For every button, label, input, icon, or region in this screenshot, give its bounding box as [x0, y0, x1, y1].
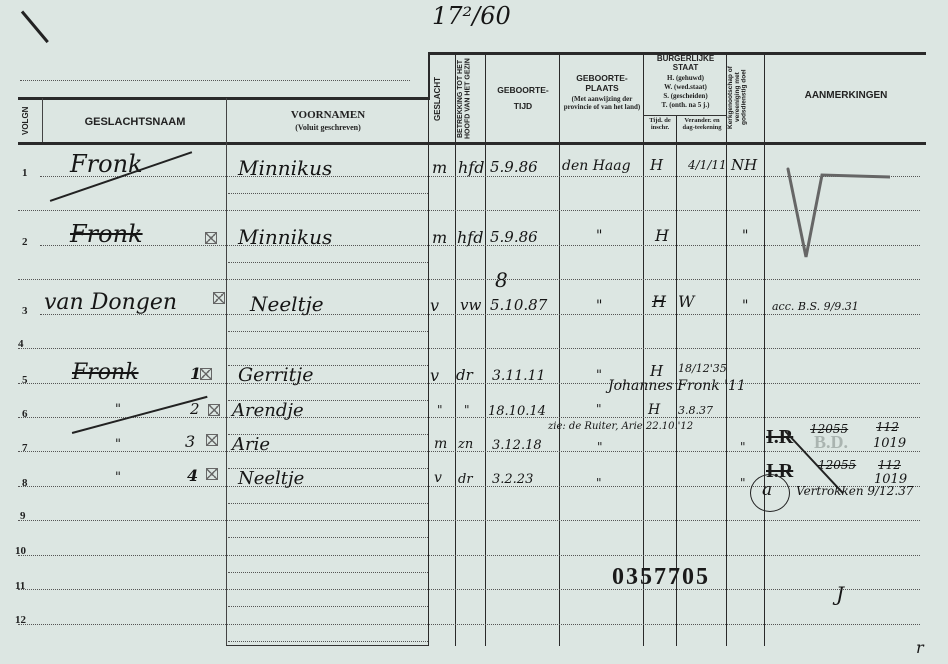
- row5-staat-verander: 18/12'35: [678, 362, 727, 375]
- row-line-8b: [228, 503, 428, 504]
- row1-voornamen: Minnikus: [238, 156, 332, 180]
- row2-staat-tijd: H: [655, 226, 669, 245]
- row5-geslacht: v: [430, 366, 439, 385]
- row1-staat-tijd: H: [650, 156, 663, 174]
- row3-geboortetijd: 5.10.87: [490, 296, 547, 314]
- header-geboortetijd-2: TIJD: [487, 102, 559, 111]
- header-geboortetijd-1: GEBOORTE-: [487, 86, 559, 95]
- row-number-8: 8: [22, 477, 28, 489]
- row3-betrekking: vw: [460, 296, 481, 314]
- header-step-line: [428, 52, 430, 98]
- row5-geboorteplaats: ": [596, 368, 602, 383]
- header-bs-t: T. (onth. na 5 j.): [645, 102, 726, 110]
- row5-voornamen: Gerritje: [238, 364, 313, 386]
- header-geboorteplaats-sub: (Met aanwijzing der provincie of van het…: [563, 96, 641, 111]
- row2-geslachtsnaam: Fronk: [70, 220, 143, 248]
- row8-geboorteplaats: ": [596, 476, 602, 490]
- row6-strike-stroke: [72, 396, 208, 434]
- row-line-12: [18, 624, 920, 625]
- row3-geslachtsnaam: van Dongen: [44, 290, 177, 315]
- col-divider-kerk: [764, 52, 765, 646]
- row7-geslacht: m: [434, 436, 447, 452]
- row8-betrekking: dr: [458, 472, 473, 487]
- ir-number-2: 112: [876, 420, 899, 434]
- row2-voornamen: Minnikus: [238, 225, 332, 249]
- header-bs-w: W. (wed.staat): [645, 84, 726, 92]
- header-tijd-inschr: Tijd. de inschr.: [644, 117, 676, 131]
- row1-geboortetijd: 5.9.86: [490, 158, 538, 176]
- row2-checkbox-icon: [205, 232, 217, 244]
- row7-checkbox-icon: [206, 434, 218, 446]
- bottom-corner-mark: r: [916, 638, 924, 657]
- row-number-4: 4: [18, 338, 24, 350]
- row-line-10: [18, 555, 920, 556]
- row7-child-number: 3: [185, 432, 195, 451]
- header-betrekking: BETREKKING TOT HET HOOFD VAN HET GEZIN: [457, 58, 483, 140]
- header-volgn: VOLGN: [22, 103, 30, 139]
- row7-geslachtsnaam: ": [115, 437, 121, 452]
- row-number-9: 9: [20, 510, 26, 522]
- row-number-5: 5: [22, 374, 28, 386]
- row3-geslacht: v: [430, 296, 439, 315]
- row-number-12: 12: [15, 614, 26, 626]
- header-aanmerkingen: AANMERKINGEN: [766, 90, 926, 101]
- col-divider-geslachtsnaam: [226, 98, 227, 646]
- row8-kerk: ": [740, 476, 746, 490]
- row3-checkbox-icon: [213, 292, 225, 304]
- row2-geslacht: m: [432, 228, 447, 247]
- row-line-12b: [228, 641, 428, 642]
- row8-checkbox-icon: [206, 468, 218, 480]
- row6-checkbox-icon: [208, 404, 220, 416]
- row-number-11: 11: [15, 580, 25, 592]
- row5-checkbox-icon: [200, 368, 212, 380]
- row-number-3: 3: [22, 305, 28, 317]
- row6-staat-tijd: H: [648, 402, 660, 418]
- row6-staat-verander: 3.8.37: [678, 404, 713, 417]
- row2-geboortetijd: 5.9.86: [490, 228, 538, 246]
- hook-mark: J: [836, 582, 844, 606]
- row-line-3b: [228, 331, 428, 332]
- row3-kerk: ": [742, 298, 748, 314]
- ir-number-4: 12055: [818, 458, 856, 472]
- row8-child-number: 4: [187, 466, 198, 485]
- row6-betrekking: ": [464, 403, 470, 417]
- header-voornamen: VOORNAMEN: [228, 109, 428, 121]
- row1-geboorteplaats: den Haag: [562, 158, 631, 174]
- col-divider-geslacht: [455, 52, 456, 646]
- ir-number-3: 1019: [873, 436, 906, 451]
- header-voornamen-sub: (Voluit geschreven): [228, 124, 428, 133]
- row8-geslachtsnaam: ": [115, 470, 121, 485]
- row-line-1b: [228, 193, 428, 194]
- row2-kerk: ": [742, 228, 748, 244]
- row1-staat-verander: 4/1/11: [688, 158, 727, 172]
- row-line-9b: [228, 537, 428, 538]
- header-geboorteplaats-2: PLAATS: [561, 84, 643, 93]
- header-bs-h: H. (gehuwd): [645, 75, 726, 83]
- col-divider-geboorteplaats: [643, 52, 644, 646]
- card-reference: 17²/60: [432, 2, 511, 30]
- row3-staat-verander: W: [678, 292, 694, 311]
- row5-geslachtsnaam: Fronk: [72, 360, 139, 385]
- row-line-10b: [228, 572, 428, 573]
- aanmerkingen-checkmark: [780, 165, 890, 275]
- header-bottom-line: [18, 142, 926, 145]
- row5-geboortetijd: 3.11.11: [492, 368, 545, 384]
- bs-subheader-line: [643, 115, 726, 116]
- row2-betrekking: hfd: [457, 228, 483, 247]
- row-line-6: [18, 417, 920, 418]
- row3-aanmerkingen: acc. B.S. 9/9.31: [772, 300, 859, 313]
- row8-geboortetijd: 3.2.23: [492, 472, 533, 487]
- col-divider-geboortetijd: [559, 52, 560, 646]
- row-line-11b: [228, 606, 428, 607]
- row8-voornamen: Neeltje: [238, 468, 304, 489]
- row6-child-number: 2: [190, 400, 200, 418]
- col-divider-volgn: [42, 98, 43, 142]
- row3-voornamen: Neeltje: [250, 292, 324, 316]
- col-divider-betrekking: [485, 52, 486, 646]
- row3-geboortetijd-note: 8: [495, 268, 508, 292]
- faded-stamp: B.D.: [814, 432, 848, 453]
- row-line-2b: [228, 262, 428, 263]
- col-divider-voornamen: [428, 98, 429, 646]
- row5-aanmerkingen: Johannes Fronk '11: [608, 378, 746, 394]
- header-kerkgenootschap: Kerkgenootschap of vereeniging met godsd…: [728, 55, 764, 140]
- corner-slash-mark: [21, 11, 49, 44]
- row-number-1: 1: [22, 167, 28, 179]
- header-geslachtsnaam: GESLACHTSNAAM: [44, 116, 226, 128]
- row5-betrekking: dr: [456, 366, 473, 384]
- row7-kerk: ": [740, 440, 746, 454]
- row1-betrekking: hfd: [458, 158, 484, 177]
- row6-geboorteplaats: ": [596, 402, 602, 416]
- header-top-left-line: [18, 97, 430, 100]
- row2-geboorteplaats: ": [596, 228, 602, 244]
- row1-kerk: NH: [731, 156, 757, 174]
- row7-geboortetijd: 3.12.18: [492, 438, 542, 453]
- row6-aanmerkingen: zie: de Ruiter, Arie 22.10.'12: [548, 421, 693, 432]
- header-bs-s: S. (gescheiden): [645, 93, 726, 101]
- row-line-4: [18, 348, 920, 349]
- vertrokken-note: Vertrokken 9/12.37: [796, 484, 913, 498]
- row1-geslachtsnaam: Fronk: [70, 150, 143, 178]
- row-line-9: [18, 520, 920, 521]
- row-line-11: [18, 589, 920, 590]
- row3-staat-tijd: H: [652, 292, 666, 311]
- row7-geboorteplaats: ": [597, 440, 603, 454]
- row-number-6: 6: [22, 408, 28, 420]
- header-dotted-line: [20, 80, 410, 81]
- voornamen-bottom-line: [226, 645, 428, 646]
- row6-geboortetijd: 18.10.14: [488, 404, 546, 419]
- row7-betrekking: zn: [458, 437, 473, 452]
- header-verander: Verander. en dag-teekening: [678, 117, 726, 131]
- col-divider-burgerlijke-staat: [726, 52, 727, 646]
- header-geboorteplaats-1: GEBOORTE-: [561, 74, 643, 83]
- row7-voornamen: Arie: [232, 434, 270, 455]
- row8-geslacht: v: [434, 470, 442, 486]
- circled-letter-text: a: [762, 480, 772, 500]
- header-geslacht: GESLACHT: [434, 60, 442, 138]
- row6-voornamen: Arendje: [232, 400, 304, 421]
- row-number-10: 10: [15, 545, 26, 557]
- serial-number: 0357705: [612, 564, 710, 591]
- row1-geslacht: m: [432, 158, 447, 177]
- header-burgerlijke-staat: BURGERLIJKE STAAT: [645, 55, 726, 73]
- row-line-2c: [18, 279, 920, 280]
- row-number-7: 7: [22, 442, 28, 454]
- row-number-2: 2: [22, 236, 28, 248]
- row6-geslacht: ": [437, 403, 443, 417]
- row6-geslachtsnaam: ": [115, 402, 121, 417]
- ir-number-5: 112: [878, 458, 901, 472]
- row3-geboorteplaats: ": [596, 298, 602, 314]
